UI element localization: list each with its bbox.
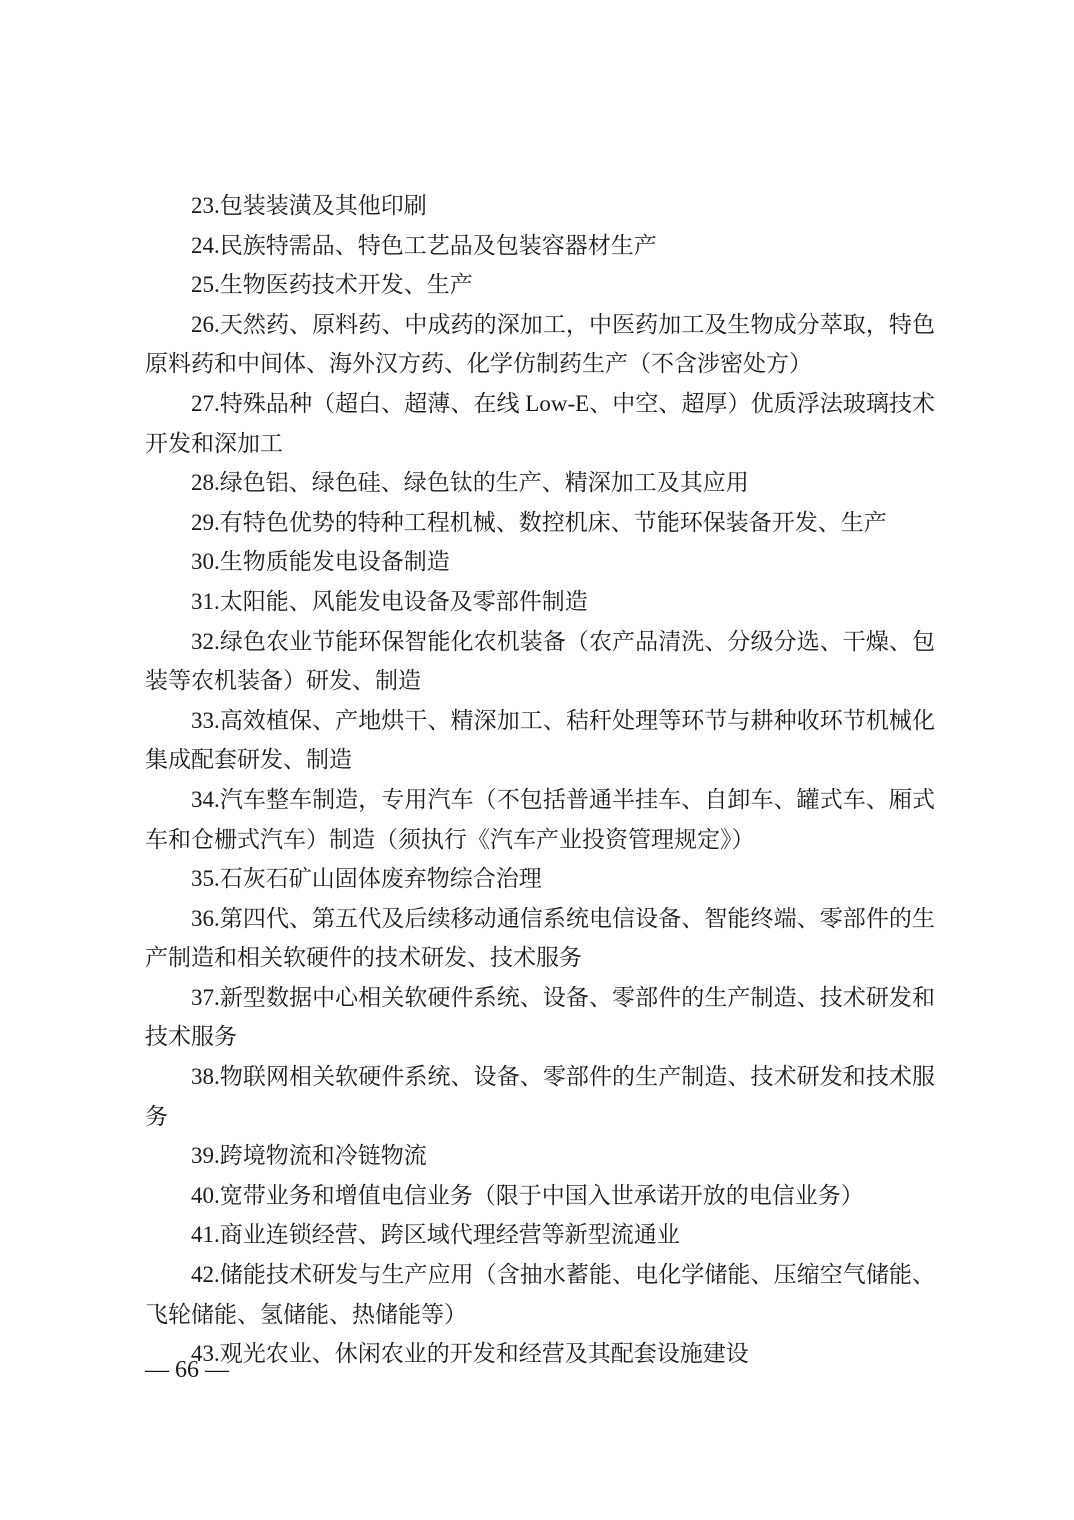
list-item: 23.包装装潢及其他印刷 [145, 186, 935, 226]
list-item: 31.太阳能、风能发电设备及零部件制造 [145, 582, 935, 622]
list-item: 35.石灰石矿山固体废弃物综合治理 [145, 859, 935, 899]
document-page: 23.包装装潢及其他印刷24.民族特需品、特色工艺品及包装容器材生产25.生物医… [0, 0, 1074, 1520]
numbered-item-list: 23.包装装潢及其他印刷24.民族特需品、特色工艺品及包装容器材生产25.生物医… [145, 186, 935, 1374]
list-item: 25.生物医药技术开发、生产 [145, 265, 935, 305]
list-item: 40.宽带业务和增值电信业务（限于中国入世承诺开放的电信业务） [145, 1176, 935, 1216]
list-item: 30.生物质能发电设备制造 [145, 542, 935, 582]
list-item: 36.第四代、第五代及后续移动通信系统电信设备、智能终端、零部件的生产制造和相关… [145, 899, 935, 978]
list-item: 43.观光农业、休闲农业的开发和经营及其配套设施建设 [145, 1334, 935, 1374]
list-item: 38.物联网相关软硬件系统、设备、零部件的生产制造、技术研发和技术服务 [145, 1057, 935, 1136]
list-item: 27.特殊品种（超白、超薄、在线 Low-E、中空、超厚）优质浮法玻璃技术开发和… [145, 384, 935, 463]
page-number: — 66 — [145, 1355, 229, 1385]
list-item: 33.高效植保、产地烘干、精深加工、秸秆处理等环节与耕种收环节机械化集成配套研发… [145, 701, 935, 780]
list-item: 26.天然药、原料药、中成药的深加工，中医药加工及生物成分萃取，特色原料药和中间… [145, 305, 935, 384]
list-item: 34.汽车整车制造，专用汽车（不包括普通半挂车、自卸车、罐式车、厢式车和仓栅式汽… [145, 780, 935, 859]
list-item: 32.绿色农业节能环保智能化农机装备（农产品清洗、分级分选、干燥、包装等农机装备… [145, 622, 935, 701]
list-item: 28.绿色铝、绿色硅、绿色钛的生产、精深加工及其应用 [145, 463, 935, 503]
list-item: 39.跨境物流和冷链物流 [145, 1136, 935, 1176]
list-item: 24.民族特需品、特色工艺品及包装容器材生产 [145, 226, 935, 266]
list-item: 42.储能技术研发与生产应用（含抽水蓄能、电化学储能、压缩空气储能、飞轮储能、氢… [145, 1255, 935, 1334]
list-item: 41.商业连锁经营、跨区域代理经营等新型流通业 [145, 1215, 935, 1255]
list-item: 29.有特色优势的特种工程机械、数控机床、节能环保装备开发、生产 [145, 503, 935, 543]
list-item: 37.新型数据中心相关软硬件系统、设备、零部件的生产制造、技术研发和技术服务 [145, 978, 935, 1057]
